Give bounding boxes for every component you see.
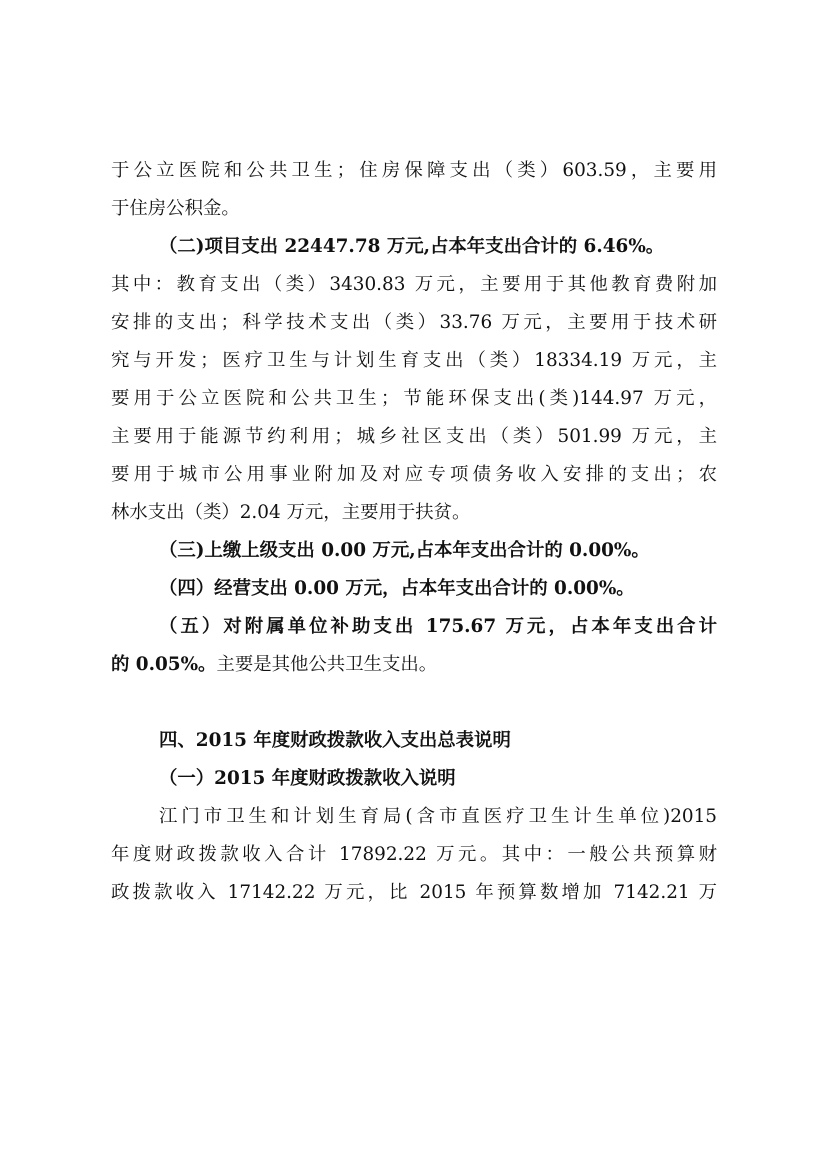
subheading-subsidiary-cont: 的 0.05%。 [111,654,216,675]
body-text-line: 于住房公积金。 [111,190,717,228]
body-text-line: 要用于城市公用事业附加及对应专项债务收入安排的支出；农 [111,456,717,494]
subheading-upper-level-expenditure: （三)上缴上级支出 0.00 万元,占本年支出合计的 0.00%。 [111,532,717,570]
body-text-line: 林水支出（类）2.04 万元，主要用于扶贫。 [111,494,717,532]
body-text-line: 政拨款收入 17142.22 万元，比 2015 年预算数增加 7142.21 … [111,874,717,912]
body-text-line: 安排的支出；科学技术支出（类）33.76 万元，主要用于技术研 [111,304,717,342]
body-text-line: 江门市卫生和计划生育局(含市直医疗卫生计生单位)2015 [111,798,717,836]
paragraph-gap [111,684,717,722]
body-text-line: 究与开发；医疗卫生与计划生育支出（类）18334.19 万元，主 [111,342,717,380]
body-text-line: 要用于公立医院和公共卫生；节能环保支出(类)144.97 万元， [111,380,717,418]
body-text-line: 的 0.05%。主要是其他公共卫生支出。 [111,646,717,684]
subheading-subsidiary-expenditure: （五）对附属单位补助支出 175.67 万元，占本年支出合计 [111,608,717,646]
body-text-line: 年度财政拨款收入合计 17892.22 万元。其中：一般公共预算财 [111,836,717,874]
section-heading-4: 四、2015 年度财政拨款收入支出总表说明 [111,722,717,760]
body-text-line: 主要用于能源节约利用；城乡社区支出（类）501.99 万元，主 [111,418,717,456]
body-text-span: 主要是其他公共卫生支出。 [216,654,437,675]
subheading-operating-expenditure: （四）经营支出 0.00 万元，占本年支出合计的 0.00%。 [111,570,717,608]
body-text-line: 其中：教育支出（类）3430.83 万元，主要用于其他教育费附加 [111,266,717,304]
document-page: 于公立医院和公共卫生；住房保障支出（类）603.59，主要用 于住房公积金。 （… [111,152,717,912]
body-text-line: 于公立医院和公共卫生；住房保障支出（类）603.59，主要用 [111,152,717,190]
subheading-project-expenditure: （二)项目支出 22447.78 万元,占本年支出合计的 6.46%。 [111,228,717,266]
subsection-heading-4-1: （一）2015 年度财政拨款收入说明 [111,760,717,798]
